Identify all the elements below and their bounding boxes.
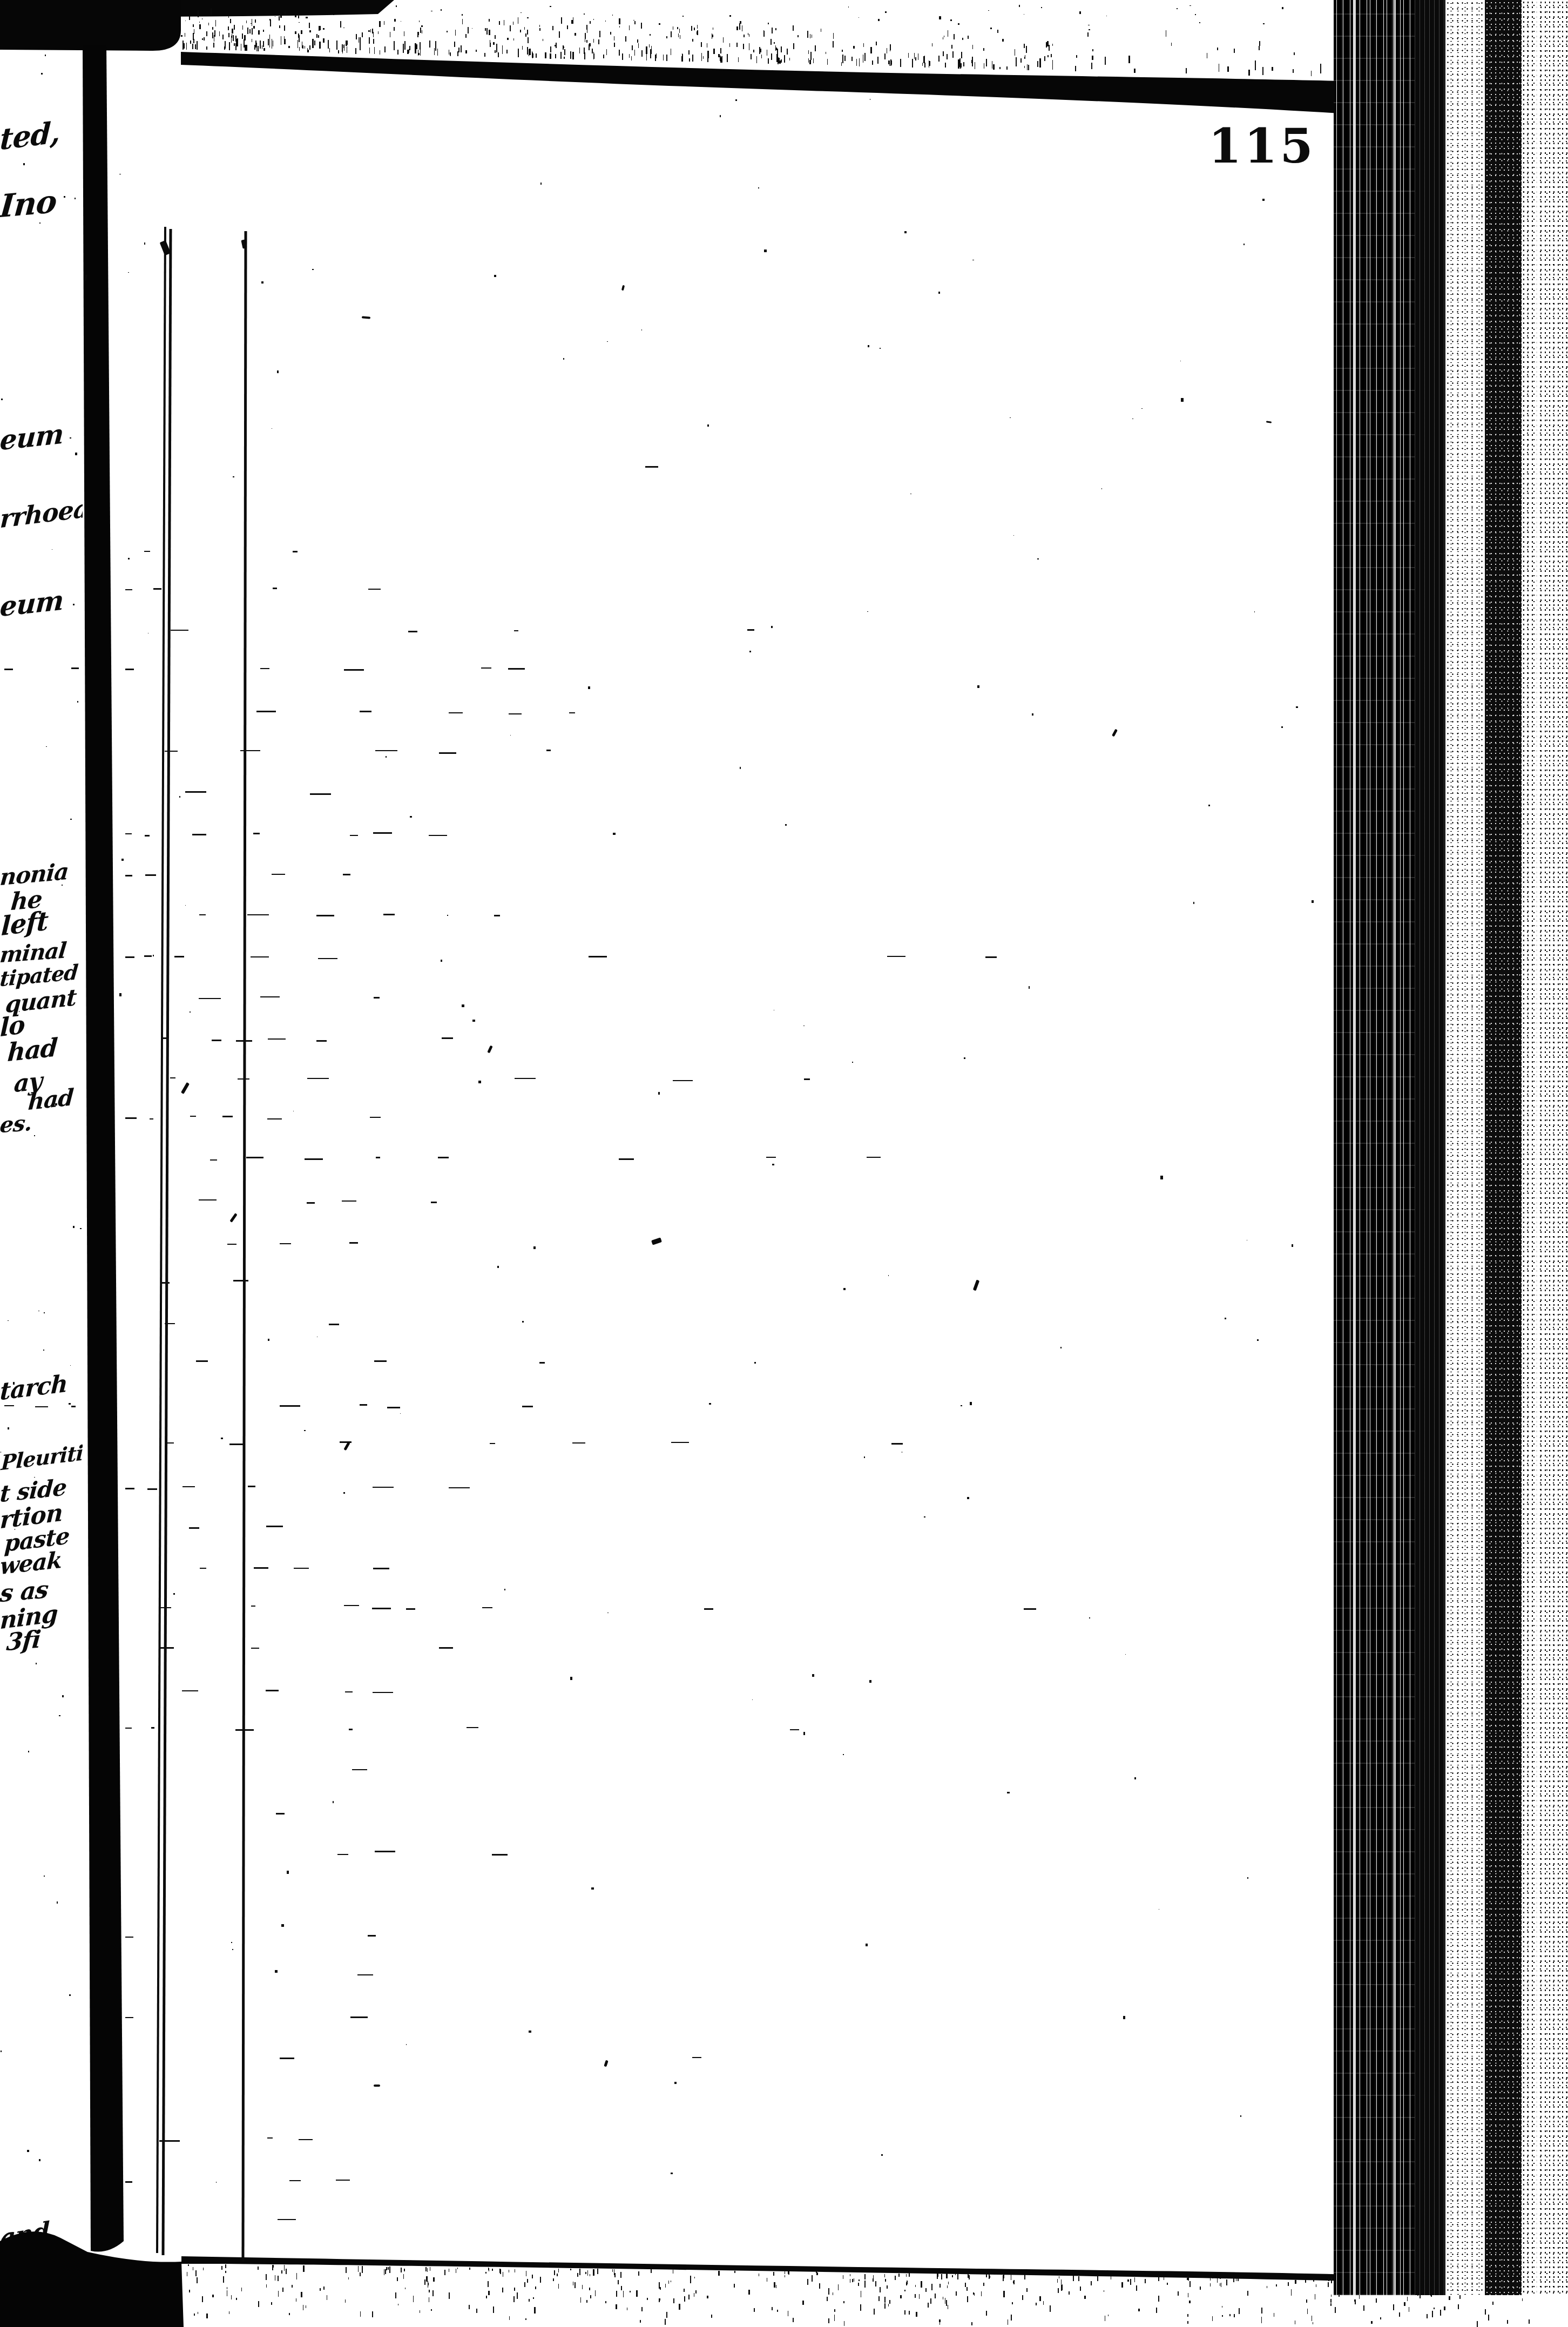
speckle-dot	[607, 341, 608, 342]
speckle-dot	[333, 14, 334, 15]
speckle-dot	[1160, 1176, 1163, 1179]
speckle-dot	[80, 1228, 82, 1229]
speckle-dot	[447, 915, 448, 916]
speckle-dot	[859, 17, 859, 18]
speckle-dot	[69, 1403, 71, 1405]
speckle-dot	[59, 1715, 60, 1716]
speckle-dot	[497, 1266, 499, 1269]
speckle-dot	[904, 231, 907, 233]
speckle-dot	[938, 292, 940, 294]
speckle-dot	[119, 993, 121, 996]
speckle-dot	[421, 25, 423, 26]
speckle-dot	[8, 1320, 9, 1321]
speckle-dot	[878, 19, 880, 21]
speckle-dot	[881, 2154, 883, 2156]
fore-edge-white-sliver	[1535, 0, 1538, 2295]
speckle-dot	[764, 249, 766, 252]
speckle-dot	[843, 1754, 844, 1755]
speckle-dot	[41, 73, 43, 75]
fore-edge-white-sliver	[1354, 0, 1356, 2295]
speckle-dot	[729, 15, 731, 17]
speckle-dot	[52, 549, 52, 550]
speckle-dot	[121, 859, 123, 861]
speckle-dot	[28, 1751, 29, 1753]
speckle-dot	[958, 23, 959, 25]
speckle-dot	[22, 919, 23, 920]
speckle-dot	[885, 11, 887, 13]
speckle-dot	[396, 5, 397, 7]
speckle-dot	[1225, 1318, 1226, 1319]
speckle-dot	[605, 21, 606, 22]
speckle-dot	[707, 424, 709, 427]
speckle-dot	[902, 1452, 902, 1453]
speckle-dot	[1312, 900, 1314, 903]
speckle-dot	[148, 633, 148, 633]
speckle-dot	[870, 99, 871, 100]
speckle-dot	[232, 1949, 233, 1950]
speckle-dot	[231, 1942, 232, 1944]
fore-edge-hatched-band	[1485, 0, 1522, 2295]
speckle-dot	[1177, 8, 1178, 9]
speckle-dot	[277, 370, 279, 373]
speckle-dot	[333, 1801, 334, 1803]
speckle-dot	[233, 476, 234, 477]
speckle-dot	[299, 22, 299, 23]
speckle-dot	[128, 558, 129, 559]
speckle-dot	[1079, 11, 1081, 14]
speckle-dot	[633, 20, 634, 21]
speckle-dot	[39, 222, 40, 224]
speckle-dot	[1243, 244, 1245, 245]
speckle-dot	[682, 16, 683, 17]
speckle-dot	[27, 2150, 29, 2152]
speckle-dot	[752, 1699, 753, 1700]
speckle-dot	[190, 1011, 191, 1013]
speckle-dot	[323, 28, 325, 30]
speckle-dot	[563, 358, 564, 359]
speckle-dot	[972, 260, 974, 261]
speckle-dot	[1159, 1909, 1159, 1910]
speckle-dot	[864, 1456, 865, 1458]
speckle-dot	[1180, 361, 1181, 361]
speckle-dot	[62, 1695, 64, 1697]
speckle-dot	[19, 1011, 20, 1012]
speckle-dot	[533, 1246, 536, 1249]
speckle-dot	[1029, 986, 1030, 988]
speckle-dot	[1240, 2115, 1241, 2116]
speckle-dot	[521, 12, 522, 13]
speckle-dot	[550, 6, 551, 7]
speckle-dot	[709, 1403, 711, 1405]
speckle-dot	[607, 1613, 609, 1614]
speckle-dot	[69, 1994, 71, 1997]
speckle-dot	[251, 23, 252, 24]
speckle-dot	[1247, 1240, 1247, 1241]
speckle-dot	[202, 18, 203, 19]
speckle-dot	[869, 1680, 871, 1683]
speckle-dot	[529, 2031, 531, 2033]
speckle-dot	[179, 796, 180, 798]
speckle-dot	[1263, 23, 1265, 24]
speckle-dot	[540, 183, 542, 185]
speckle-dot	[1007, 1792, 1009, 1793]
scanned-ledger-page: { "document": { "page_number": "115" }, …	[0, 0, 1568, 2327]
speckle-dot	[8, 1427, 9, 1429]
speckle-dot	[990, 28, 991, 29]
speckle-dot	[1, 1452, 1, 1453]
speckle-dot	[967, 1497, 969, 1499]
speckle-dot	[504, 1589, 505, 1590]
speckle-dot	[988, 10, 989, 11]
speckle-dot	[674, 2082, 677, 2083]
speckle-dot	[970, 1402, 972, 1405]
speckle-dot	[462, 14, 463, 16]
speckle-dot	[64, 196, 65, 198]
fore-edge-dark-band	[1415, 0, 1445, 2295]
speckle-dot	[1, 2051, 2, 2052]
speckle-dot	[280, 16, 282, 18]
speckle-dot	[771, 626, 773, 628]
speckle-dot	[343, 28, 344, 29]
speckle-dot	[46, 746, 47, 747]
fore-edge-white-sliver	[1394, 0, 1396, 2295]
speckle-dot	[749, 651, 751, 652]
speckle-dot	[73, 1226, 75, 1228]
speckle-dot	[1037, 558, 1039, 559]
speckle-dot	[591, 1887, 593, 1890]
speckle-dot	[888, 1275, 889, 1276]
speckle-dot	[867, 611, 868, 612]
speckle-dot	[772, 1164, 774, 1165]
speckle-dot	[1189, 5, 1191, 6]
speckle-dot	[128, 272, 129, 273]
speckle-dot	[343, 1492, 345, 1494]
speckle-dot	[1208, 805, 1210, 806]
speckle-dot	[472, 28, 472, 29]
speckle-dot	[44, 1312, 45, 1314]
speckle-dot	[1125, 1654, 1126, 1655]
speckle-dot	[612, 15, 613, 16]
speckle-dot	[304, 1430, 305, 1431]
speckle-dot	[588, 686, 590, 689]
speckle-dot	[758, 187, 760, 188]
speckle-dot	[1199, 22, 1200, 23]
speckle-dot	[584, 14, 584, 15]
speckle-dot	[34, 1477, 35, 1478]
speckle-dot	[740, 21, 741, 24]
fore-edge-streak-band	[1334, 0, 1415, 2295]
speckle-dot	[803, 1732, 806, 1735]
speckle-dot	[754, 1362, 756, 1364]
speckle-dot	[62, 885, 63, 886]
speckle-dot	[1132, 419, 1133, 420]
speckle-dot	[1101, 488, 1103, 489]
speckle-dot	[306, 17, 307, 18]
speckle-dot	[400, 1413, 401, 1414]
speckle-dot	[852, 1062, 853, 1063]
speckle-dot	[1254, 611, 1255, 612]
speckle-dot	[268, 1339, 269, 1341]
speckle-dot	[527, 17, 528, 18]
speckle-dot	[1257, 1339, 1259, 1341]
speckle-dot	[939, 16, 941, 19]
speckle-dot	[1032, 713, 1033, 715]
speckle-dot	[23, 163, 25, 165]
speckle-dot	[1088, 25, 1089, 26]
speckle-dot	[293, 1111, 294, 1111]
speckle-dot	[1024, 14, 1024, 15]
speckle-dot	[36, 1663, 37, 1664]
speckle-dot	[144, 242, 146, 245]
speckle-dot	[1195, 14, 1196, 15]
speckle-dot	[419, 21, 420, 22]
speckle-dot	[199, 22, 200, 23]
speckle-dot	[720, 115, 721, 117]
speckle-dot	[868, 345, 870, 347]
speckle-dot	[119, 174, 121, 175]
speckle-dot	[70, 1365, 71, 1366]
speckle-dot	[38, 1311, 39, 1311]
speckle-dot	[75, 453, 77, 455]
speckle-dot	[1060, 1347, 1062, 1348]
speckle-dot	[1041, 7, 1042, 8]
speckle-dot	[964, 1057, 965, 1059]
speckle-dot	[406, 2044, 407, 2045]
speckle-dot	[34, 1135, 35, 1136]
speckle-dot	[15, 1529, 15, 1530]
speckle-dot	[75, 198, 76, 199]
speckle-dot	[522, 1321, 524, 1323]
speckle-dot	[641, 329, 643, 330]
speckle-dot	[43, 1350, 44, 1351]
speckle-dot	[812, 1674, 814, 1677]
speckle-dot	[1141, 408, 1143, 409]
speckle-dot	[410, 816, 413, 818]
speckle-dot	[216, 2182, 217, 2183]
speckle-dot	[269, 19, 271, 21]
speckle-dot	[1019, 5, 1020, 7]
book-fore-edge	[1334, 0, 1568, 2295]
fore-edge-outer-speckle-band	[1522, 0, 1568, 2295]
speckle-dot	[441, 960, 442, 962]
speckle-dot	[45, 55, 46, 57]
speckle-dot	[1262, 199, 1265, 201]
speckle-dot	[774, 1010, 774, 1011]
speckle-dot	[1296, 706, 1298, 708]
speckle-dot	[57, 1901, 58, 1904]
speckle-dot	[1134, 1777, 1136, 1779]
speckle-dot	[275, 1970, 278, 1973]
speckle-dot	[1281, 726, 1283, 728]
speckle-dot	[735, 99, 736, 101]
speckle-dot	[1089, 29, 1090, 30]
speckle-dot	[70, 437, 71, 439]
speckle-dot	[312, 269, 314, 271]
speckle-dot	[1123, 2016, 1125, 2019]
speckle-dot	[70, 819, 72, 820]
speckle-dot	[768, 23, 769, 24]
speckle-dot	[1010, 417, 1010, 418]
speckle-dot	[659, 23, 660, 25]
speckle-dot	[658, 1092, 660, 1095]
speckle-dot	[924, 1516, 925, 1517]
scan-speckle	[0, 0, 1568, 2327]
speckle-dot	[866, 1944, 867, 1946]
speckle-dot	[1013, 535, 1014, 536]
speckle-dot	[843, 1288, 845, 1290]
speckle-dot	[593, 19, 594, 20]
speckle-dot	[287, 1871, 289, 1874]
speckle-dot	[1292, 1244, 1293, 1247]
speckle-dot	[1193, 902, 1195, 904]
speckle-dot	[961, 1405, 962, 1406]
speckle-dot	[77, 701, 78, 703]
speckle-dot	[1282, 7, 1284, 9]
speckle-dot	[478, 1081, 481, 1083]
speckle-dot	[472, 1020, 475, 1022]
fore-edge-light-speckle-band	[1445, 0, 1485, 2295]
speckle-dot	[977, 685, 979, 688]
speckle-dot	[386, 756, 387, 758]
speckle-dot	[613, 833, 616, 835]
speckle-dot	[261, 281, 263, 283]
speckle-dot	[221, 1438, 223, 1439]
speckle-dot	[510, 735, 511, 736]
speckle-dot	[441, 9, 442, 11]
speckle-dot	[185, 905, 186, 906]
speckle-dot	[740, 767, 741, 769]
speckle-dot	[671, 2173, 672, 2174]
speckle-dot	[39, 2159, 41, 2162]
speckle-dot	[1181, 398, 1183, 402]
speckle-dot	[494, 275, 496, 277]
speckle-dot	[1247, 1877, 1249, 1879]
speckle-dot	[185, 21, 186, 21]
speckle-dot	[13, 1382, 15, 1385]
speckle-dot	[281, 1924, 284, 1927]
speckle-dot	[44, 1876, 45, 1877]
speckle-dot	[55, 1103, 57, 1105]
speckle-dot	[950, 19, 952, 21]
speckle-dot	[848, 6, 849, 7]
speckle-dot	[317, 1337, 317, 1337]
speckle-dot	[431, 11, 432, 12]
speckle-dot	[570, 1677, 572, 1680]
speckle-dot	[153, 955, 154, 956]
speckle-dot	[462, 1004, 464, 1007]
speckle-dot	[272, 428, 272, 429]
speckle-dot	[785, 824, 787, 825]
speckle-dot	[401, 21, 401, 22]
speckle-dot	[1106, 16, 1107, 16]
speckle-dot	[1089, 1617, 1090, 1618]
speckle-dot	[275, 16, 275, 17]
speckle-dot	[173, 1593, 175, 1595]
speckle-dot	[1, 399, 3, 400]
speckle-dot	[803, 1026, 804, 1026]
speckle-dot	[880, 348, 880, 349]
speckle-dot	[910, 494, 911, 494]
speckle-dot	[73, 604, 75, 605]
